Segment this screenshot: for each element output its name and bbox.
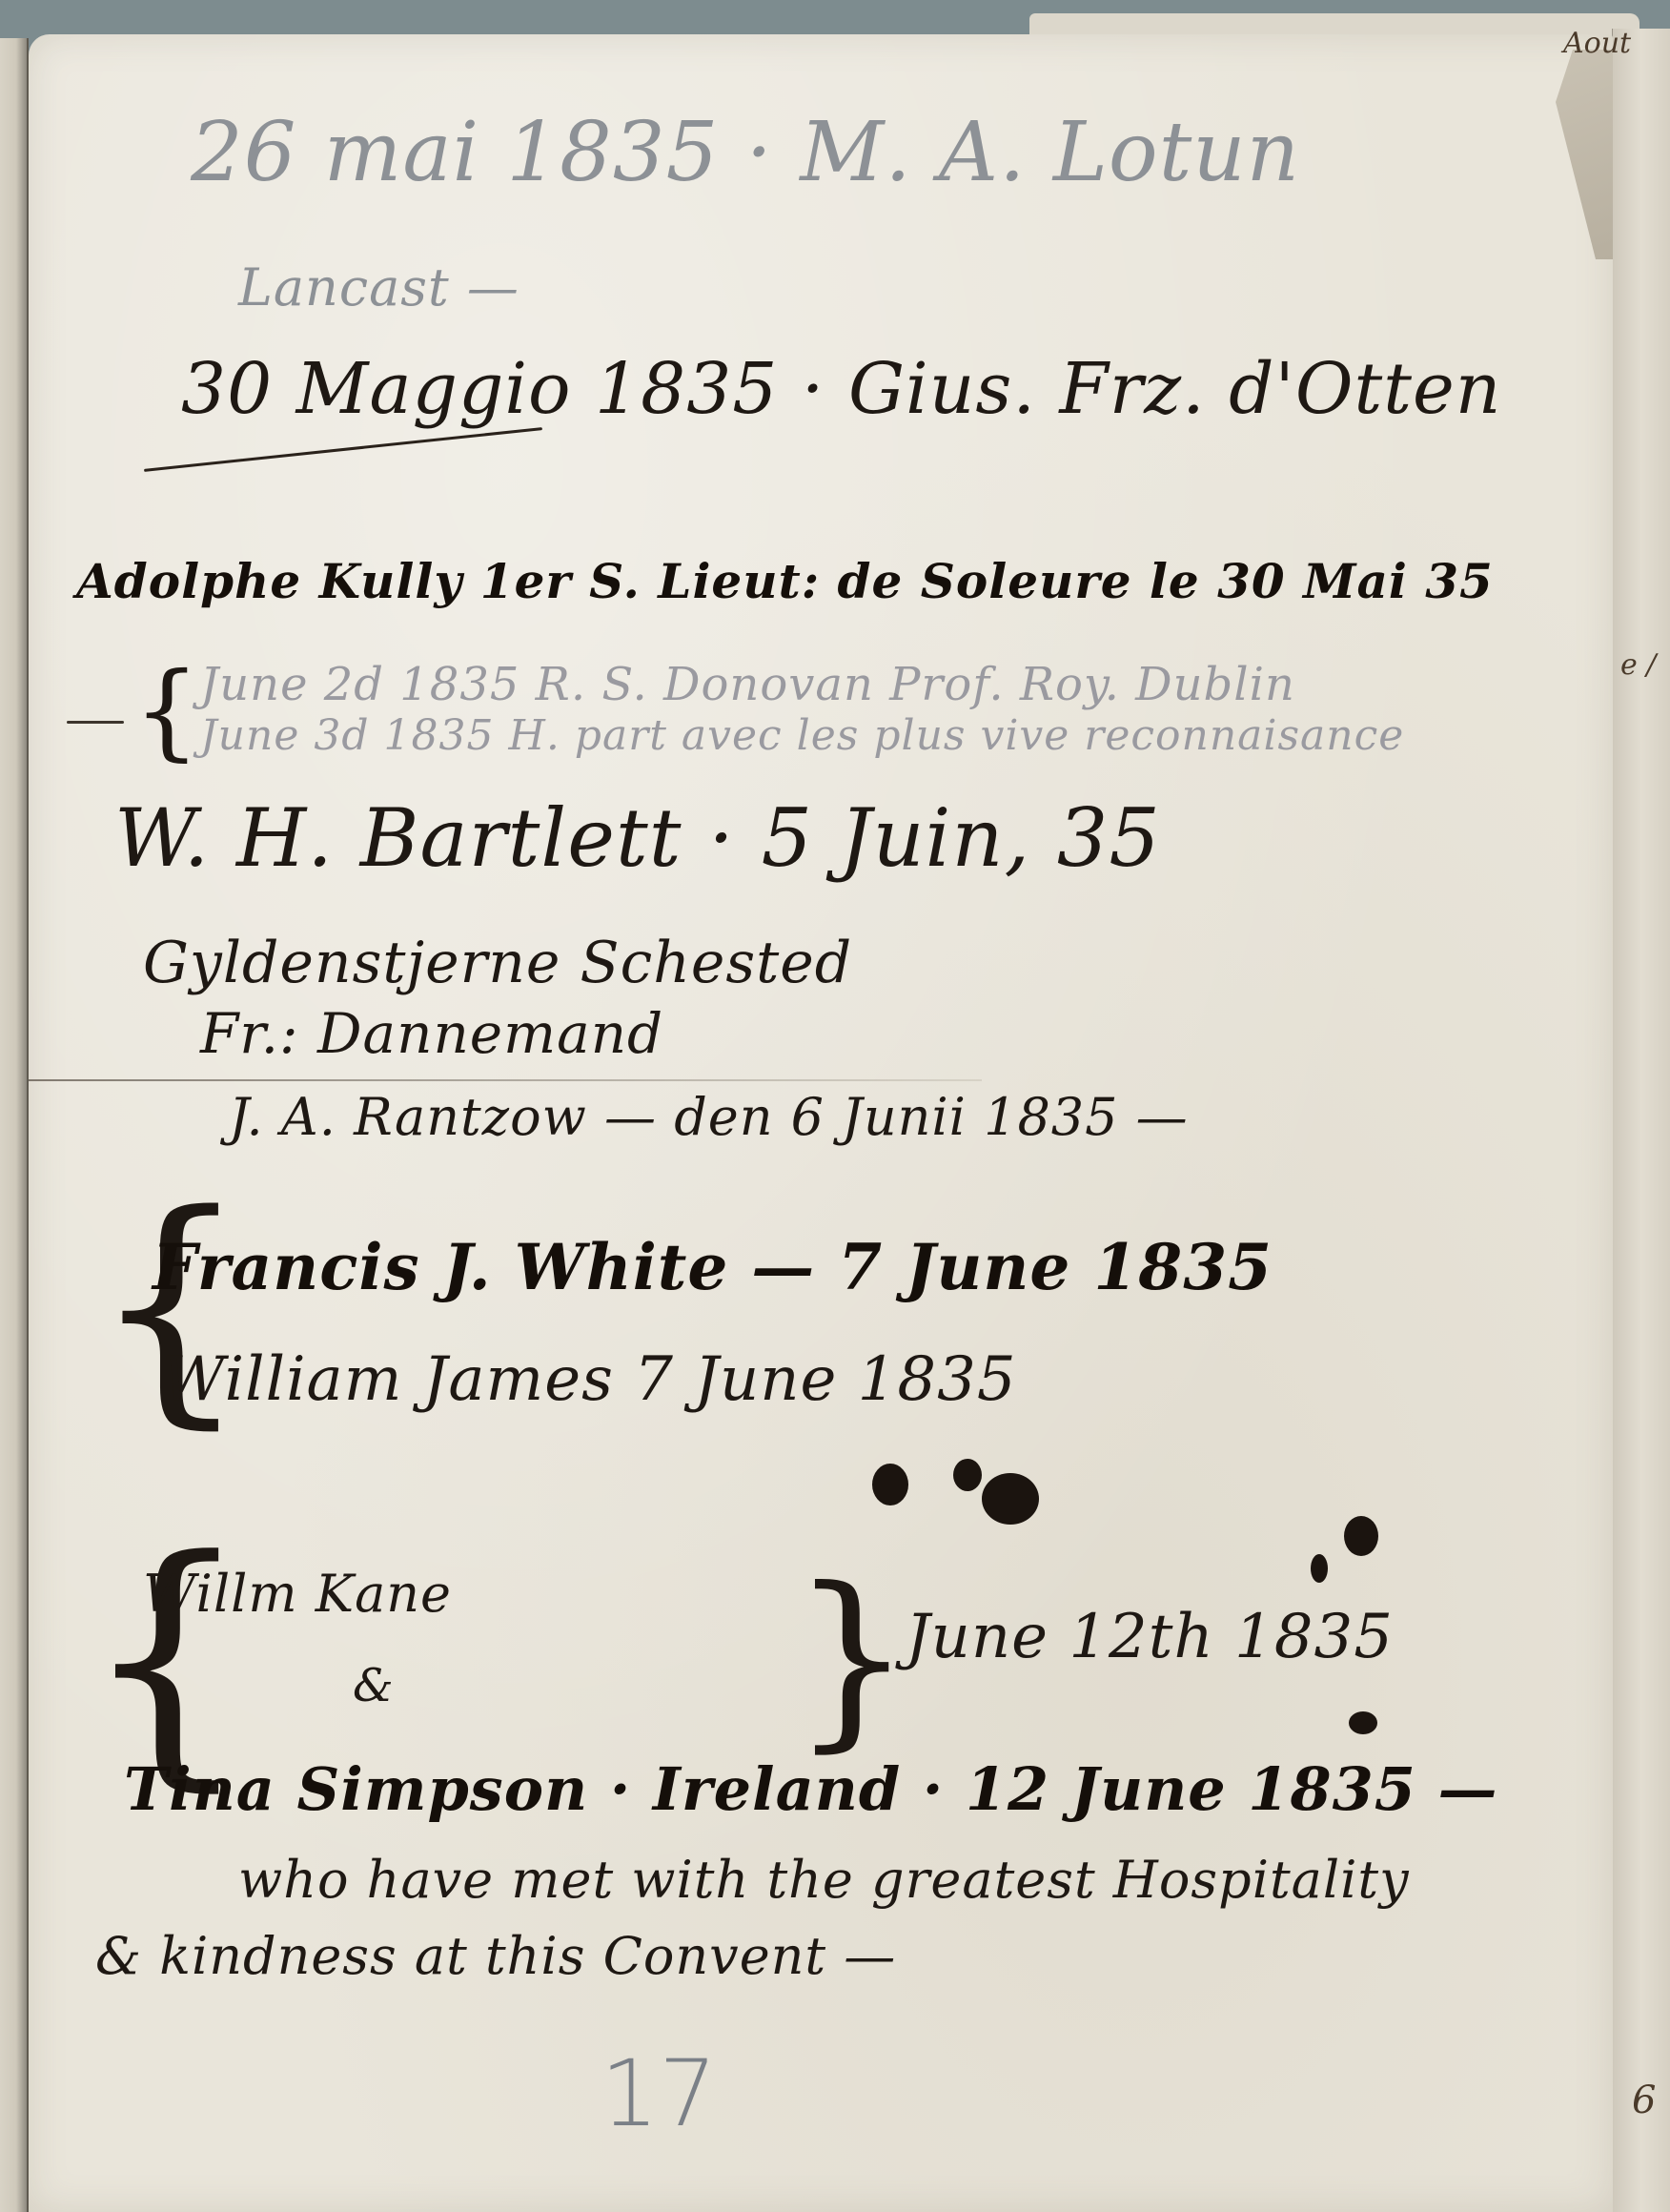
entry-white: Francis J. White — 7 June 1835 xyxy=(153,1230,1273,1304)
dash-mark xyxy=(67,721,124,724)
ink-blot xyxy=(953,1459,982,1491)
page-number: 17 xyxy=(601,2040,717,2147)
entry-james: William James 7 June 1835 xyxy=(162,1344,1017,1415)
margin-note-right: e / xyxy=(1620,648,1656,682)
brace-faded: { xyxy=(133,658,200,763)
entry-schested: Gyldenstjerne Schested xyxy=(143,930,852,996)
pencil-entry-lancast: Lancast — xyxy=(238,257,519,317)
entry-kane-date: June 12th 1835 xyxy=(906,1602,1394,1672)
entry-bartlett: W. H. Bartlett · 5 Juin, 35 xyxy=(114,791,1161,885)
entry-note-line-2: & kindness at this Convent — xyxy=(95,1926,896,1986)
entry-donovan: June 2d 1835 R. S. Donovan Prof. Roy. Du… xyxy=(200,658,1295,711)
paper-fold-crease xyxy=(29,1079,982,1081)
entry-kane: Willm Kane xyxy=(143,1564,452,1624)
margin-note-bottom-right: 6 xyxy=(1632,2079,1656,2122)
pencil-entry-lotun: 26 mai 1835 · M. A. Lotun xyxy=(191,105,1300,200)
ink-blot xyxy=(1344,1516,1378,1556)
ink-blot xyxy=(1349,1711,1377,1734)
entry-dannemand: Fr.: Dannemand xyxy=(200,1001,663,1066)
entry-ampersand: & xyxy=(353,1659,395,1712)
entry-note-line-1: who have met with the greatest Hospitali… xyxy=(238,1850,1410,1910)
entry-june3: June 3d 1835 H. part avec les plus vive … xyxy=(200,711,1404,760)
previous-page-edge xyxy=(0,38,29,2212)
margin-note-top-right: Aout xyxy=(1563,27,1631,60)
entry-rantzow: J. A. Rantzow — den 6 Junii 1835 — xyxy=(229,1087,1189,1147)
brace-kane-date: } xyxy=(791,1564,912,1754)
next-page-edge xyxy=(1612,29,1670,2212)
ink-blot xyxy=(1311,1554,1328,1583)
entry-kully: Adolphe Kully 1er S. Lieut: de Soleure l… xyxy=(76,553,1494,609)
ink-blot xyxy=(982,1473,1039,1525)
entry-simpson: Tina Simpson · Ireland · 12 June 1835 — xyxy=(124,1754,1497,1824)
entry-otten: 30 Maggio 1835 · Gius. Frz. d'Otten xyxy=(181,348,1501,430)
ink-blot xyxy=(872,1464,908,1505)
